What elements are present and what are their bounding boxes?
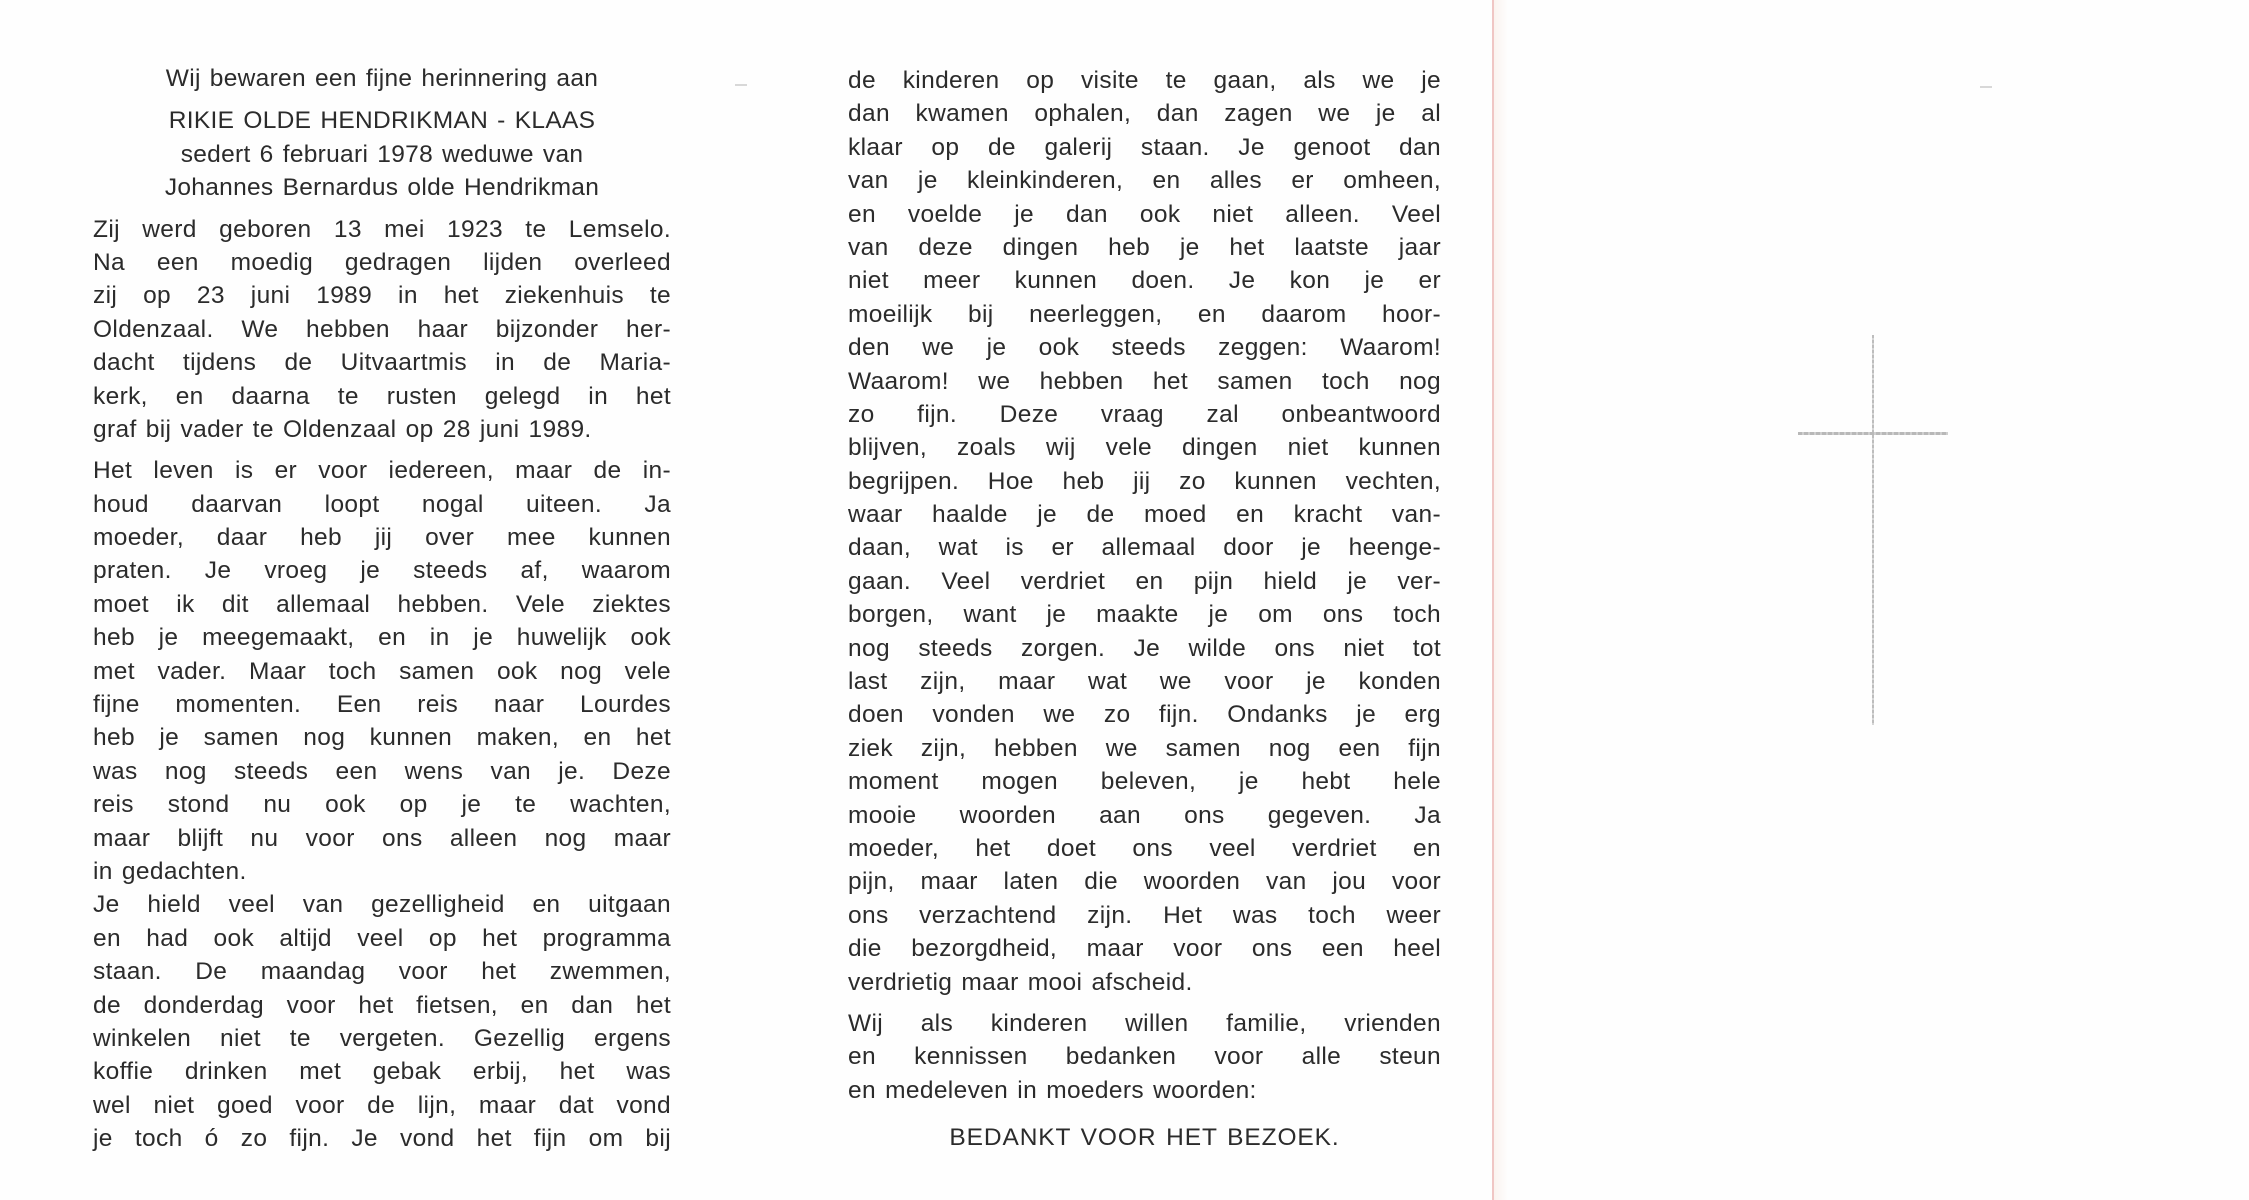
text-line: zo fijn. Deze vraag zal onbeantwoord [848,398,1441,431]
text-line: Het leven is er voor iedereen, maar de i… [93,454,671,487]
paragraph-biography: Zij werd geboren 13 mei 1923 te Lemselo.… [93,213,671,447]
text-line: die bezorgdheid, maar voor ons een heel [848,932,1441,965]
text-line: Na een moedig gedragen lijden overleed [93,246,671,279]
text-line: gaan. Veel verdriet en pijn hield je ver… [848,565,1441,598]
cross-icon [1798,335,1948,725]
memorial-card: Wij bewaren een fijne herinnering aan RI… [0,0,2249,1200]
text-line: met vader. Maar toch samen ook nog vele [93,655,671,688]
widow-line-1: sedert 6 februari 1978 weduwe van [93,138,671,171]
text-line: mooie woorden aan ons gegeven. Ja [848,799,1441,832]
text-line: en had ook altijd veel op het programma [93,922,671,955]
text-line: en voelde je dan ook niet alleen. Veel [848,198,1441,231]
text-line: Oldenzaal. We hebben haar bijzonder her- [93,313,671,346]
text-line: blijven, zoals wij vele dingen niet kunn… [848,431,1441,464]
text-line: moet ik dit allemaal hebben. Vele ziekte… [93,588,671,621]
text-line: waar haalde je de moed en kracht van- [848,498,1441,531]
text-line: begrijpen. Hoe heb jij zo kunnen vechten… [848,465,1441,498]
text-line: graf bij vader te Oldenzaal op 28 juni 1… [93,413,671,446]
text-line: winkelen niet te vergeten. Gezellig erge… [93,1022,671,1055]
text-line: Zij werd geboren 13 mei 1923 te Lemselo. [93,213,671,246]
text-line: koffie drinken met gebak erbij, het was [93,1055,671,1088]
text-line: moeder, daar heb jij over mee kunnen [93,521,671,554]
header-block: Wij bewaren een fijne herinnering aan RI… [93,62,671,205]
middle-column: de kinderen op visite te gaan, als we je… [848,64,1441,1155]
text-line: van deze dingen heb je het laatste jaar [848,231,1441,264]
text-line: de kinderen op visite te gaan, als we je [848,64,1441,97]
text-line: en medeleven in moeders woorden: [848,1074,1441,1107]
text-line: daan, wat is er allemaal door je heenge- [848,531,1441,564]
printer-mark [1980,86,1992,88]
paragraph-life: Het leven is er voor iedereen, maar de i… [93,454,671,888]
text-line: praten. Je vroeg je steeds af, waarom [93,554,671,587]
text-line: moment mogen beleven, je hebt hele [848,765,1441,798]
text-line: last zijn, maar wat we voor je konden [848,665,1441,698]
text-line: in gedachten. [93,855,671,888]
text-line: maar blijft nu voor ons alleen nog maar [93,822,671,855]
text-line: klaar op de galerij staan. Je genoot dan [848,131,1441,164]
text-line: van je kleinkinderen, en alles er omheen… [848,164,1441,197]
text-line: de donderdag voor het fietsen, en dan he… [93,989,671,1022]
text-line: was nog steeds een wens van je. Deze [93,755,671,788]
paragraph-hobbies: Je hield veel van gezelligheid en uitgaa… [93,888,671,1155]
paragraph-gap [848,999,1441,1007]
text-line: doen vonden we zo fijn. Ondanks je erg [848,698,1441,731]
text-line: moeilijk bij neerleggen, en daarom hoor- [848,298,1441,331]
text-line: nog steeds zorgen. Je wilde ons niet tot [848,632,1441,665]
text-line: pijn, maar laten die woorden van jou voo… [848,865,1441,898]
text-line: heb je meegemaakt, en in je huwelijk ook [93,621,671,654]
text-line: dan kwamen ophalen, dan zagen we je al [848,97,1441,130]
text-line: ziek zijn, hebben we samen nog een fijn [848,732,1441,765]
text-line: fijne momenten. Een reis naar Lourdes [93,688,671,721]
intro-line: Wij bewaren een fijne herinnering aan [93,62,671,95]
deceased-name: RIKIE OLDE HENDRIKMAN - KLAAS [93,104,671,137]
text-line: wel niet goed voor de lijn, maar dat von… [93,1089,671,1122]
widow-line-2: Johannes Bernardus olde Hendrikman [93,171,671,204]
text-line: moeder, het doet ons veel verdriet en [848,832,1441,865]
paragraph-gap [93,446,671,454]
text-line: houd daarvan loopt nogal uiteen. Ja [93,488,671,521]
text-line: ons verzachtend zijn. Het was toch weer [848,899,1441,932]
printer-mark [735,84,747,86]
text-line: den we je ook steeds zeggen: Waarom! [848,331,1441,364]
text-line: reis stond nu ook op je te wachten, [93,788,671,821]
text-line: kerk, en daarna te rusten gelegd in het [93,380,671,413]
cross-vertical-beam [1872,335,1874,725]
fold-line [1492,0,1494,1200]
text-line: Je hield veel van gezelligheid en uitgaa… [93,888,671,921]
text-line: niet meer kunnen doen. Je kon je er [848,264,1441,297]
text-line: en kennissen bedanken voor alle steun [848,1040,1441,1073]
text-line: borgen, want je maakte je om ons toch [848,598,1441,631]
text-line: verdrietig maar mooi afscheid. [848,966,1441,999]
text-line: je toch ó zo fijn. Je vond het fijn om b… [93,1122,671,1155]
paragraph-memories: de kinderen op visite te gaan, als we je… [848,64,1441,999]
text-line: dacht tijdens de Uitvaartmis in de Maria… [93,346,671,379]
fold-shadow [1494,0,1508,1200]
text-line: heb je samen nog kunnen maken, en het [93,721,671,754]
text-line: zij op 23 juni 1989 in het ziekenhuis te [93,279,671,312]
text-line: staan. De maandag voor het zwemmen, [93,955,671,988]
cross-horizontal-beam [1798,432,1948,435]
paragraph-gap [93,205,671,213]
text-line: Wij als kinderen willen familie, vriende… [848,1007,1441,1040]
paragraph-thanks: Wij als kinderen willen familie, vriende… [848,1007,1441,1107]
closing-line: BEDANKT VOOR HET BEZOEK. [848,1121,1441,1154]
left-column: Wij bewaren een fijne herinnering aan RI… [93,62,671,1156]
text-line: Waarom! we hebben het samen toch nog [848,365,1441,398]
